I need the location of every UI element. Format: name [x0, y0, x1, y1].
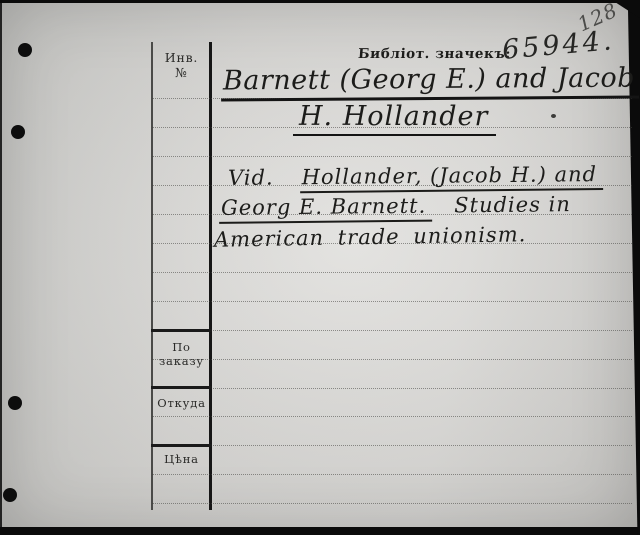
accession-number-handwritten: 65944.	[501, 25, 616, 66]
ruled-line	[152, 301, 632, 302]
origin-label: Откуда	[151, 396, 212, 410]
heading-authors-line2: H. Hollander	[293, 101, 496, 136]
ink-speck	[551, 114, 556, 118]
column-separator	[151, 329, 212, 332]
inventory-label-line1: Инв.	[151, 50, 212, 65]
ruled-line	[152, 503, 632, 504]
ruled-line	[152, 388, 632, 389]
library-badge-stamp-label: Библіот. значекъ:	[357, 46, 511, 62]
punch-hole-dot	[3, 488, 17, 502]
inventory-label-line2: №	[151, 65, 212, 80]
order-label: По заказу	[151, 340, 212, 368]
ruled-line	[152, 359, 632, 360]
ruled-line	[152, 272, 632, 273]
work-title-part2: American trade unionism.	[214, 222, 527, 251]
scanned-catalog-card: Инв. № По заказу Откуда Цѣна Библіот. зн…	[0, 0, 640, 535]
ruled-line	[152, 445, 632, 446]
ruled-line	[152, 474, 632, 475]
scan-edge-left	[0, 0, 2, 535]
ruled-line	[152, 416, 632, 417]
vide-abbreviation: Vid.	[228, 165, 274, 189]
cross-reference-underlined-2: Georg E. Barnett.	[219, 194, 432, 224]
scan-edge-top	[0, 0, 640, 3]
work-title-part1: Studies in	[454, 192, 571, 217]
inventory-number-label: Инв. №	[151, 50, 212, 80]
heading-authors-line1: Barnett (Georg E.) and Jacob	[221, 63, 639, 102]
punch-hole-dot	[8, 396, 22, 410]
punch-hole-dot	[18, 43, 32, 57]
body-line-2: Georg E. Barnett.Studies in	[219, 192, 571, 220]
price-label: Цѣна	[151, 452, 212, 466]
cross-reference-underlined-1: Hollander, (Jacob H.) and	[300, 162, 604, 193]
form-column-line-right	[209, 42, 212, 510]
body-line-3: American trade unionism.	[214, 222, 527, 251]
form-column-line-left	[151, 42, 153, 510]
column-separator	[151, 444, 212, 447]
scan-edge-bottom	[0, 527, 640, 535]
ruled-line	[152, 330, 632, 331]
column-separator	[151, 386, 212, 389]
punch-hole-dot	[11, 125, 25, 139]
body-line-1: Vid.Hollander, (Jacob H.) and	[228, 162, 603, 190]
ruled-line	[152, 156, 632, 157]
